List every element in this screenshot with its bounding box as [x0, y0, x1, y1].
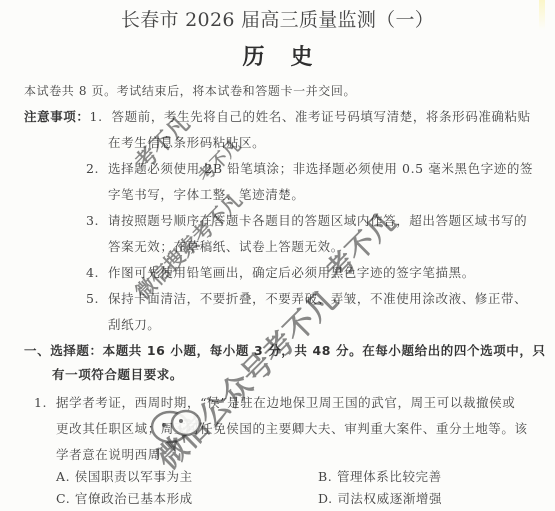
- subject-title: 历史: [0, 40, 555, 71]
- notice-num: 3.: [86, 213, 108, 228]
- question-1-stem: 1.据学者考证，西周时期，“侯”是驻在边地保卫周王国的武官，周王可以裁撤侯或: [34, 393, 515, 411]
- option-text: 司法权威逐渐增强: [337, 491, 442, 506]
- option-a: A. 侯国职责以军事为主: [56, 467, 193, 485]
- notice-num: 5.: [86, 291, 108, 306]
- question-1-stem-cont-2: 学者意在说明西周: [56, 445, 161, 463]
- option-d: D. 司法权威逐渐增强: [318, 489, 442, 507]
- option-label: C.: [56, 491, 70, 506]
- notice-text: 保持卡面清洁，不要折叠，不要弄破、弄皱，不准使用涂改液、修正带、: [108, 291, 527, 306]
- option-label: A.: [56, 469, 70, 484]
- option-b: B. 管理体系比较完善: [318, 467, 442, 485]
- notice-item-5: 5.保持卡面清洁，不要折叠，不要弄破、弄皱，不准使用涂改液、修正带、: [86, 289, 527, 307]
- question-text: 据学者考证，西周时期，“侯”是驻在边地保卫周王国的武官，周王可以裁撤侯或: [56, 395, 515, 410]
- notice-num: 1.: [90, 109, 112, 124]
- notice-item-1: 注意事项：1.答题前，考生先将自己的姓名、准考证号码填写清楚，将条形码准确粘贴: [24, 107, 531, 125]
- option-text: 官僚政治已基本形成: [75, 491, 193, 506]
- question-1-stem-cont-1: 更改其任职区域；周王可任免侯国的主要卿大夫、审判重大案件、重分土地等。该: [56, 419, 528, 437]
- notice-item-3: 3.请按照题号顺序在答题卡各题目的答题区域内作答，超出答题区域书写的: [86, 211, 527, 229]
- option-text: 侯国职责以军事为主: [75, 469, 193, 484]
- question-num: 1.: [34, 395, 56, 410]
- notice-text: 请按照题号顺序在答题卡各题目的答题区域内作答，超出答题区域书写的: [108, 213, 527, 228]
- notice-item-2: 2.选择题必须使用 2B 铅笔填涂；非选择题必须使用 0.5 毫米黑色字迹的签: [86, 159, 533, 177]
- option-label: B.: [318, 469, 332, 484]
- notice-text: 答题前，考生先将自己的姓名、准考证号码填写清楚，将条形码准确粘贴: [112, 109, 531, 124]
- notice-item-4: 4.作图可先使用铅笔画出，确定后必须用黑色字迹的签字笔描黑。: [86, 263, 475, 281]
- notice-item-2-cont: 字笔书写，字体工整、笔迹清楚。: [108, 185, 305, 203]
- exam-page: 长春市 2026 届高三质量监测（一） 历史 本试卷共 8 页。考试结束后，将本…: [0, 0, 555, 511]
- option-c: C. 官僚政治已基本形成: [56, 489, 193, 507]
- section-heading-cont: 有一项符合题目要求。: [52, 365, 183, 383]
- notice-label: 注意事项：: [24, 109, 90, 124]
- exam-title: 长春市 2026 届高三质量监测（一）: [0, 5, 555, 32]
- option-text: 管理体系比较完善: [337, 469, 442, 484]
- notice-num: 4.: [86, 265, 108, 280]
- notice-item-1-cont: 在考生信息条形码粘贴区。: [108, 133, 265, 151]
- section-heading: 一、选择题：本题共 16 小题，每小题 3 分，共 48 分。在每小题给出的四个…: [24, 341, 546, 359]
- option-label: D.: [318, 491, 333, 506]
- notice-item-5-cont: 刮纸刀。: [108, 315, 160, 333]
- notice-text: 作图可先使用铅笔画出，确定后必须用黑色字迹的签字笔描黑。: [108, 265, 475, 280]
- intro-text: 本试卷共 8 页。考试结束后，将本试卷和答题卡一并交回。: [24, 82, 356, 99]
- notice-num: 2.: [86, 161, 108, 176]
- notice-text: 选择题必须使用 2B 铅笔填涂；非选择题必须使用 0.5 毫米黑色字迹的签: [108, 161, 533, 176]
- notice-item-3-cont: 答案无效；在草稿纸、试卷上答题无效。: [108, 237, 344, 255]
